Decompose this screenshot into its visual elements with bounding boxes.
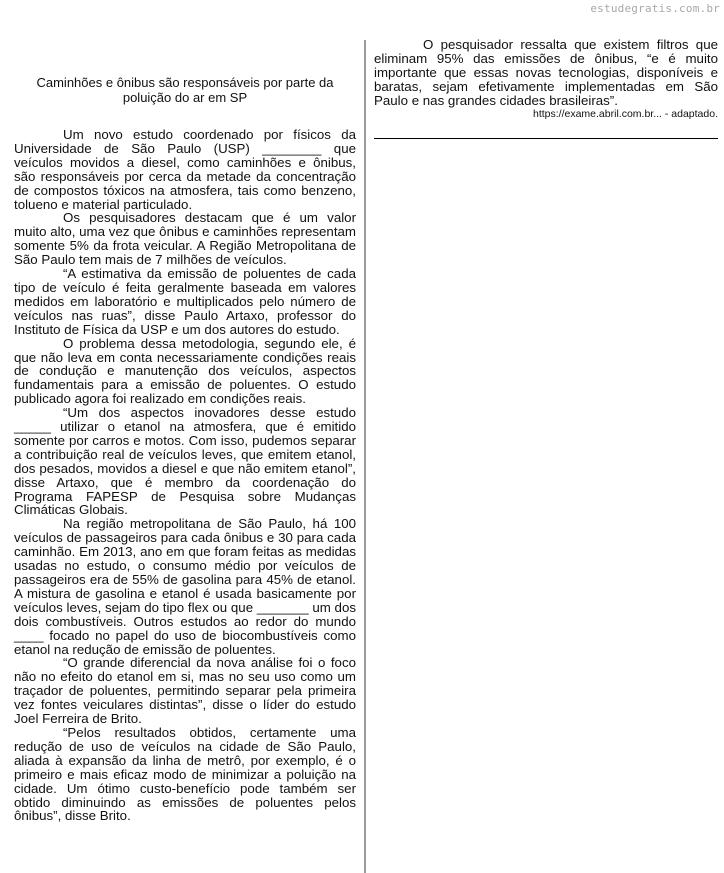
- paragraph: “Pelos resultados obtidos, certamente um…: [14, 726, 356, 823]
- paragraph: Os pesquisadores destacam que é um valor…: [14, 211, 356, 267]
- horizontal-rule: [374, 138, 718, 139]
- paragraph: Um novo estudo coordenado por físicos da…: [14, 128, 356, 211]
- paragraph: “O grande diferencial da nova análise fo…: [14, 656, 356, 726]
- paragraph: O pesquisador ressalta que existem filtr…: [374, 38, 718, 108]
- paragraph: O problema dessa metodologia, segundo el…: [14, 337, 356, 407]
- column-divider: [364, 40, 366, 873]
- paragraph: “A estimativa da emissão de poluentes de…: [14, 267, 356, 337]
- article-title: Caminhões e ônibus são responsáveis por …: [14, 75, 356, 105]
- paragraph: Na região metropolitana de São Paulo, há…: [14, 517, 356, 656]
- left-column: Caminhões e ônibus são responsáveis por …: [14, 75, 356, 823]
- right-column: O pesquisador ressalta que existem filtr…: [374, 38, 718, 139]
- paragraph: “Um dos aspectos inovadores desse estudo…: [14, 406, 356, 517]
- site-watermark: estudegratis.com.br: [590, 2, 720, 15]
- source-citation: https://exame.abril.com.br... - adaptado…: [374, 108, 718, 120]
